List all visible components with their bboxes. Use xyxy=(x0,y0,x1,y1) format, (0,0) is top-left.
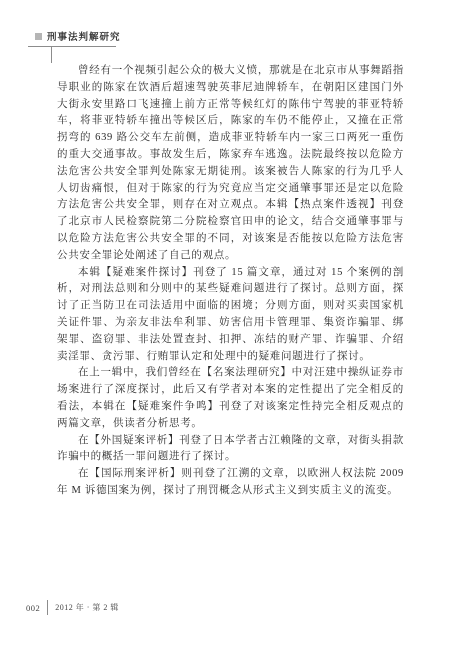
header-rule xyxy=(28,46,116,47)
running-header-title: 刑事法判解研究 xyxy=(47,29,121,43)
paragraph-4: 在【外国疑案评析】刊登了日本学者古江赖隆的文章，对街头捐款诈骗中的概括一罪问题进… xyxy=(57,433,404,467)
paragraph-1: 曾经有一个视频引起公众的极大义愤，那就是在北京市从事舞蹈指导职业的陈家在饮酒后超… xyxy=(57,63,404,265)
footer-divider xyxy=(47,600,48,615)
section-marker-icon xyxy=(35,33,42,40)
header-tick-line xyxy=(51,46,52,63)
running-header: 刑事法判解研究 xyxy=(35,29,121,43)
book-page: 刑事法判解研究 曾经有一个视频引起公众的极大义愤，那就是在北京市从事舞蹈指导职业… xyxy=(0,0,454,652)
footer: 002 2012 年 · 第 2 辑 xyxy=(26,600,119,615)
paragraph-5: 在【国际刑案评析】则刊登了江溯的文章，以欧洲人权法院 2009 年 M 诉德国案… xyxy=(57,466,404,500)
page-number: 002 xyxy=(26,603,40,613)
paragraph-2: 本辑【疑难案件探讨】刊登了 15 篇文章，通过对 15 个案例的剖析，对刑法总则… xyxy=(57,265,404,366)
paragraph-3: 在上一辑中，我们曾经在【名案法理研究】中对汪建中操纵证券市场案进行了深度探讨，此… xyxy=(57,365,404,432)
body-text: 曾经有一个视频引起公众的极大义愤，那就是在北京市从事舞蹈指导职业的陈家在饮酒后超… xyxy=(57,63,404,500)
volume-label: 2012 年 · 第 2 辑 xyxy=(55,602,119,613)
